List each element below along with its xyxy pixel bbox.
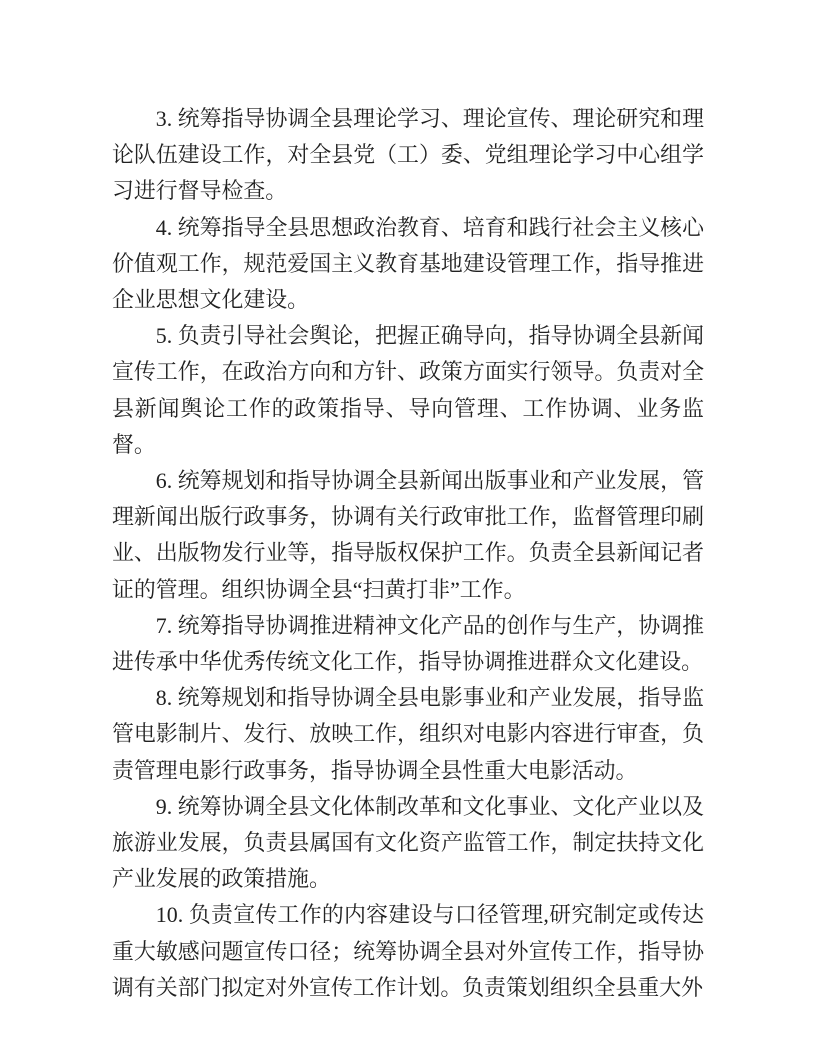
duty-paragraph-8: 8. 统筹规划和指导协调全县电影事业和产业发展，指导监管电影制片、发行、放映工作… <box>112 680 704 789</box>
duty-paragraph-3: 3. 统筹指导协调全县理论学习、理论宣传、理论研究和理论队伍建设工作，对全县党（… <box>112 101 704 210</box>
document-body: 3. 统筹指导协调全县理论学习、理论宣传、理论研究和理论队伍建设工作，对全县党（… <box>112 101 704 1006</box>
duty-paragraph-5: 5. 负责引导社会舆论，把握正确导向，指导协调全县新闻宣传工作，在政治方向和方针… <box>112 318 704 463</box>
duty-paragraph-6: 6. 统筹规划和指导协调全县新闻出版事业和产业发展，管理新闻出版行政事务，协调有… <box>112 463 704 608</box>
document-page: 3. 统筹指导协调全县理论学习、理论宣传、理论研究和理论队伍建设工作，对全县党（… <box>0 0 816 1056</box>
duty-paragraph-9: 9. 统筹协调全县文化体制改革和文化事业、文化产业以及旅游业发展，负责县属国有文… <box>112 789 704 898</box>
duty-paragraph-4: 4. 统筹指导全县思想政治教育、培育和践行社会主义核心价值观工作，规范爱国主义教… <box>112 210 704 319</box>
duty-paragraph-7: 7. 统筹指导协调推进精神文化产品的创作与生产，协调推进传承中华优秀传统文化工作… <box>112 608 704 680</box>
duty-paragraph-10: 10. 负责宣传工作的内容建设与口径管理,研究制定或传达重大敏感问题宣传口径；统… <box>112 897 704 1006</box>
